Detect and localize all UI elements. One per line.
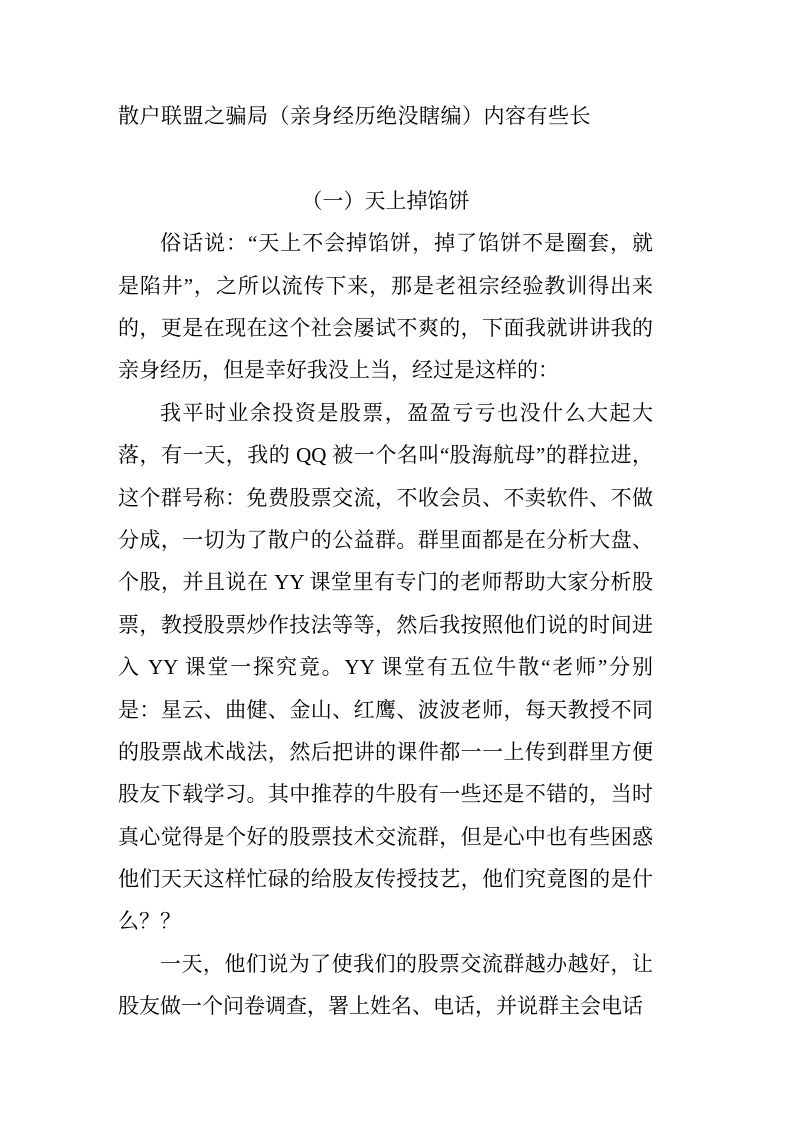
text-line: 个股，并且说在 YY 课堂里有专门的老师帮助大家分析股	[118, 561, 653, 603]
text-line: 股友做一个问卷调查，署上姓名、电话，并说群主会电话	[118, 985, 653, 1027]
document-body: 俗话说：“天上不会掉馅饼，掉了馅饼不是圈套，就是陷井”，之所以流传下来，那是老祖…	[118, 222, 653, 1027]
text-line: 么？？	[118, 900, 653, 942]
text-line: 的股票战术战法，然后把讲的课件都一一上传到群里方便	[118, 731, 653, 773]
text-line: 的，更是在现在这个社会屡试不爽的，下面我就讲讲我的	[118, 307, 653, 349]
section-heading: （一）天上掉馅饼	[118, 180, 653, 222]
text-line: 股友下载学习。其中推荐的牛股有一些还是不错的，当时	[118, 773, 653, 815]
text-line: 俗话说：“天上不会掉馅饼，掉了馅饼不是圈套，就	[118, 222, 653, 264]
text-line: 是：星云、曲健、金山、红鹰、波波老师，每天教授不同	[118, 689, 653, 731]
blank-line	[118, 137, 653, 179]
text-line: 这个群号称：免费股票交流，不收会员、不卖软件、不做	[118, 477, 653, 519]
paragraph: 我平时业余投资是股票，盈盈亏亏也没什么大起大落，有一天，我的 QQ 被一个名叫“…	[118, 392, 653, 943]
document-title: 散户联盟之骗局（亲身经历绝没瞎编）内容有些长	[118, 95, 653, 137]
document-content: 散户联盟之骗局（亲身经历绝没瞎编）内容有些长 （一）天上掉馅饼 俗话说：“天上不…	[118, 95, 653, 1028]
text-line: 亲身经历，但是幸好我没上当，经过是这样的：	[118, 349, 653, 391]
text-line: 落，有一天，我的 QQ 被一个名叫“股海航母”的群拉进，	[118, 434, 653, 476]
paragraph: 俗话说：“天上不会掉馅饼，掉了馅饼不是圈套，就是陷井”，之所以流传下来，那是老祖…	[118, 222, 653, 392]
text-line: 是陷井”，之所以流传下来，那是老祖宗经验教训得出来	[118, 265, 653, 307]
document-page: 散户联盟之骗局（亲身经历绝没瞎编）内容有些长 （一）天上掉馅饼 俗话说：“天上不…	[0, 0, 794, 1123]
text-line: 一天，他们说为了使我们的股票交流群越办越好，让	[118, 943, 653, 985]
text-line: 我平时业余投资是股票，盈盈亏亏也没什么大起大	[118, 392, 653, 434]
text-line: 他们天天这样忙碌的给股友传授技艺，他们究竟图的是什	[118, 858, 653, 900]
text-line: 票，教授股票炒作技法等等，然后我按照他们说的时间进	[118, 604, 653, 646]
text-line: 入 YY 课堂一探究竟。YY 课堂有五位牛散“老师”分别	[118, 646, 653, 688]
text-line: 真心觉得是个好的股票技术交流群，但是心中也有些困惑	[118, 816, 653, 858]
text-line: 分成，一切为了散户的公益群。群里面都是在分析大盘、	[118, 519, 653, 561]
paragraph: 一天，他们说为了使我们的股票交流群越办越好，让股友做一个问卷调查，署上姓名、电话…	[118, 943, 653, 1028]
